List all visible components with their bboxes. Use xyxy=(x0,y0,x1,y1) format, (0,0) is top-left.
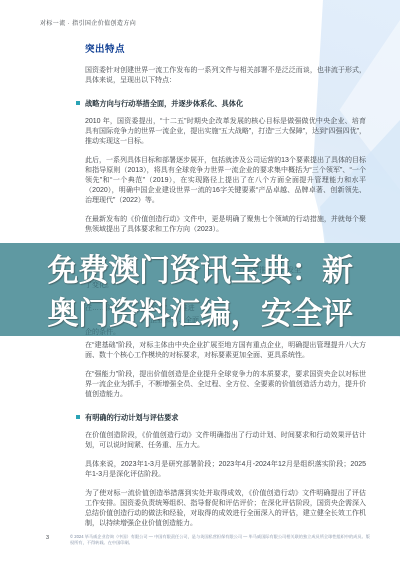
bullet-square-icon xyxy=(76,101,80,105)
banner-headline: 免费澳门资讯宝典：新 奥门资料汇编，安全评 xyxy=(0,249,400,335)
bullet-item: 有明确的行动计划与评估要求 xyxy=(76,413,366,422)
content-upper: 突出特点 国资委针对创建世界一流工作发布的一系列文件与相关部署不是泛泛而谈，也非… xyxy=(85,41,366,244)
bullet-item: 战略方向与行动举措全面，并逐步体系化、具体化 xyxy=(76,99,366,108)
section-heading: 突出特点 xyxy=(85,41,366,55)
document-page: 对标一流 · 指引国企价值创造方向 突出特点 国资委针对创建世界一流工作发布的一… xyxy=(0,0,400,561)
banner-headline-line1: 免费澳门资讯宝典：新 xyxy=(0,249,400,292)
intro-paragraph: 国资委针对创建世界一流工作发布的一系列文件与相关部署不是泛泛而谈，也非流于形式，… xyxy=(85,66,366,86)
copyright-footer: © 2024 毕马威企业咨询（中国）有限公司 — 中国有限责任公司，是与英国私营… xyxy=(70,534,370,547)
body-paragraph: 在最新发布的《价值创造行动》文件中，更是明确了聚焦七个领域的行动措施，并就每个聚… xyxy=(85,215,366,235)
content-lower: 在“建基础”阶段，对标主体由中央企业扩展至地方国有重点企业，明确提出管理提升八大… xyxy=(85,341,366,538)
body-paragraph: 具体来说，2023年1-3月是研究部署阶段；2023年4月-2024年12月是组… xyxy=(85,460,366,480)
banner-headline-line2: 奥门资料汇编，安全评 xyxy=(0,292,400,335)
body-paragraph: 2010 年，国资委提出，“十二五”时期央企改革发展的核心目标是做强做优中央企业… xyxy=(85,117,366,147)
page-number: 3 xyxy=(46,535,49,541)
bullet-title: 有明确的行动计划与评估要求 xyxy=(85,413,178,422)
body-paragraph: 为了使对标一流价值创造举措落到实处并取得成效，《价值创造行动》文件明确提出了评估… xyxy=(85,489,366,529)
body-paragraph: 在“强能力”阶段，提出价值创造是企业提升全球竞争力的本质要求，要求国资央企以对标… xyxy=(85,370,366,400)
overlay-ad-banner: 目标和推进方式发生 了变化。 在……阶段，……是“培育”……推进 企业和……全面… xyxy=(0,243,400,336)
body-paragraph: 在“建基础”阶段，对标主体由中央企业扩展至地方国有重点企业，明确提出管理提升八大… xyxy=(85,341,366,361)
body-paragraph: 在价值创造阶段，《价值创造行动》文件明确指出了行动计划、时间要求和行动效果评估计… xyxy=(85,431,366,451)
bullet-square-icon xyxy=(76,415,80,419)
running-header: 对标一流 · 指引国企价值创造方向 xyxy=(40,18,136,27)
bullet-title: 战略方向与行动举措全面，并逐步体系化、具体化 xyxy=(85,99,243,108)
body-paragraph: 此后，一系列具体目标和部署逐步展开，包括就涉及公司运营的13个要素提出了具体的目… xyxy=(85,156,366,206)
